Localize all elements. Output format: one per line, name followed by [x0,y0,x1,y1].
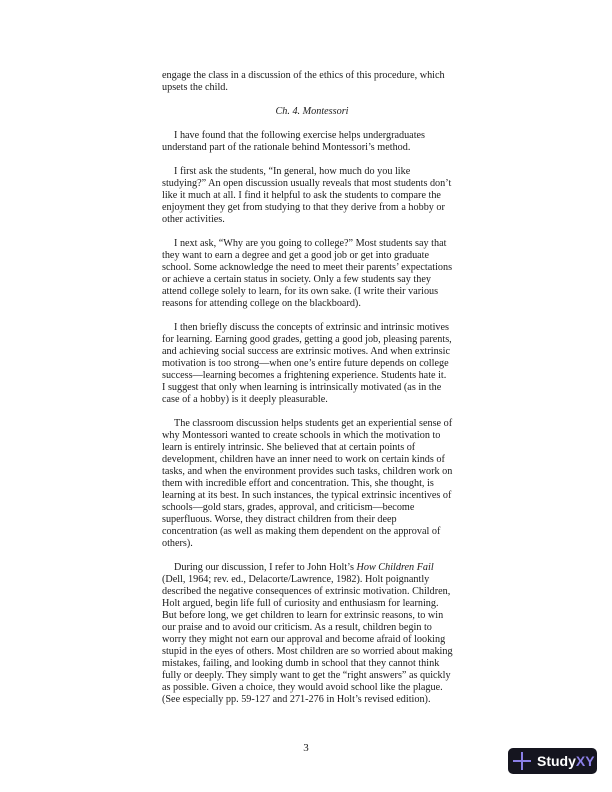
paragraph-3: I next ask, “Why are you going to colleg… [162,238,462,310]
brand-accent: XY [576,753,595,769]
paragraph-5: The classroom discussion helps students … [162,418,462,550]
studyxy-watermark[interactable]: StudyXY [508,748,597,774]
holt-rest: (Dell, 1964; rev. ed., Delacorte/Lawrenc… [162,574,453,705]
chapter-heading: Ch. 4. Montessori [162,106,462,118]
continuation-paragraph: engage the class in a discussion of the … [162,70,462,94]
book-title: How Children Fail [357,562,434,573]
plus-icon [513,752,531,770]
paragraph-1: I have found that the following exercise… [162,130,462,154]
brand-main: Study [537,753,576,769]
holt-lead: During our discussion, I refer to John H… [174,562,357,573]
document-page: engage the class in a discussion of the … [162,70,462,718]
paragraph-4: I then briefly discuss the concepts of e… [162,322,462,406]
paragraph-holt: During our discussion, I refer to John H… [162,562,462,706]
paragraph-2: I first ask the students, “In general, h… [162,166,462,226]
